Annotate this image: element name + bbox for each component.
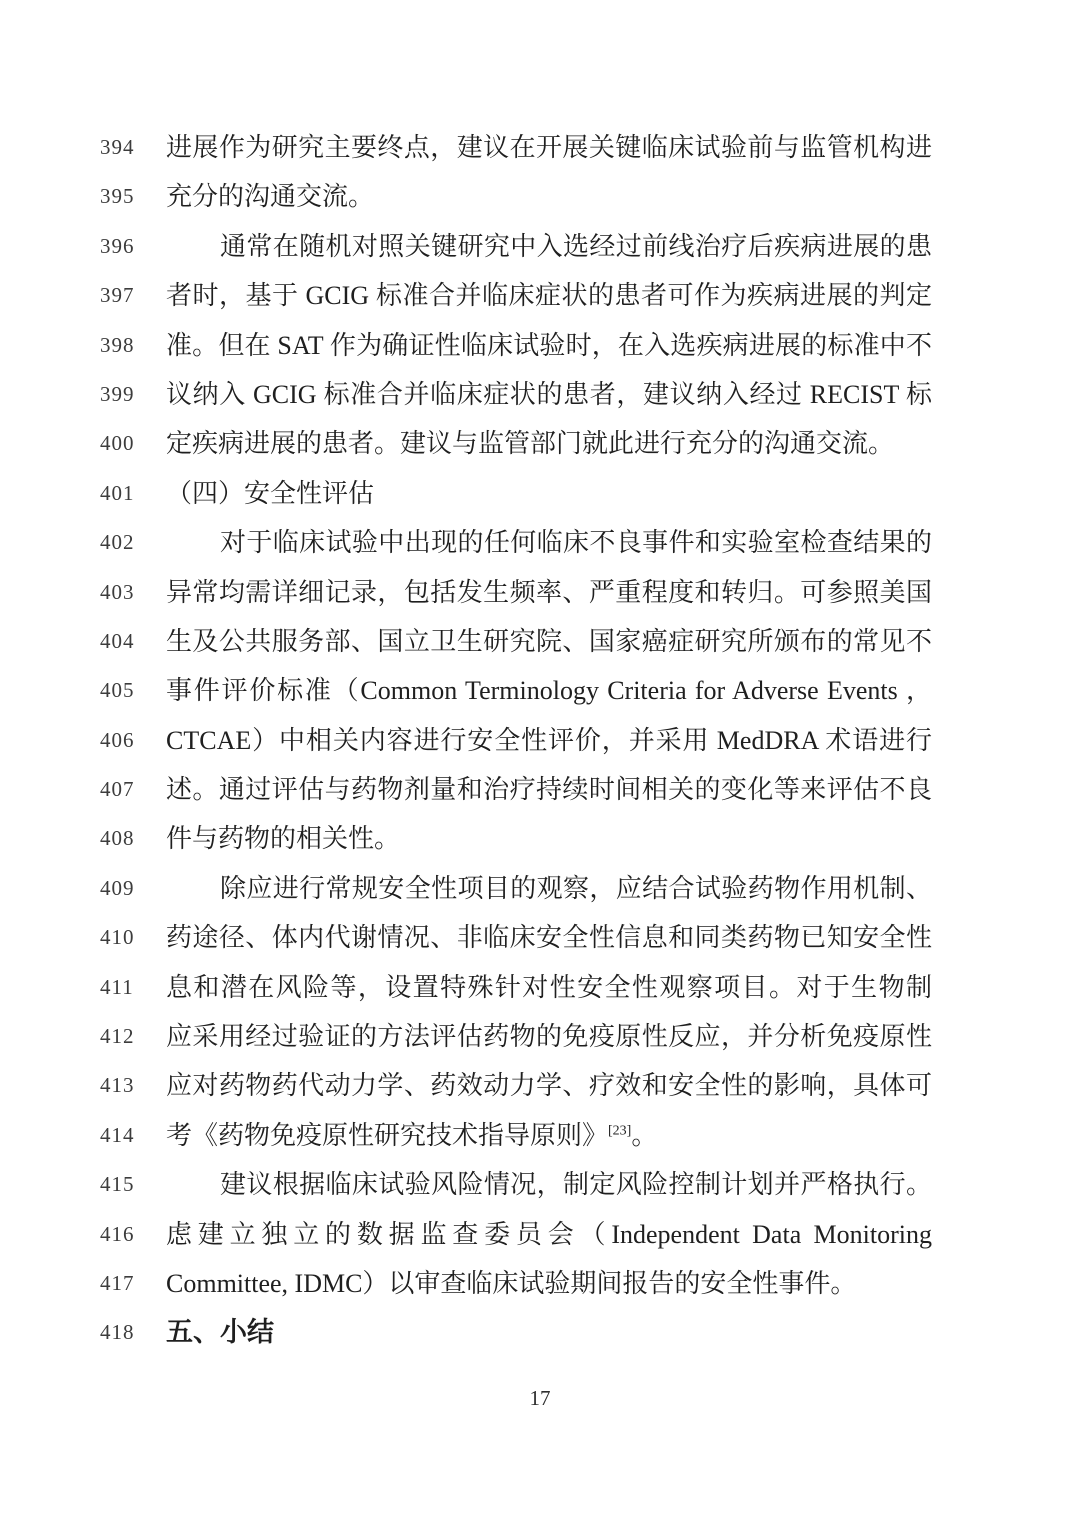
line-text: CTCAE）中相关内容进行安全性评价，并采用 MedDRA 术语进行分类描: [166, 716, 932, 765]
document-line: 412 应采用经过验证的方法评估药物的免疫原性反应，并分析免疫原性反: [100, 1012, 932, 1061]
line-text: 定疾病进展的患者。建议与监管部门就此进行充分的沟通交流。: [166, 419, 932, 468]
line-text: 件与药物的相关性。: [166, 814, 932, 863]
line-number: 397: [100, 271, 166, 320]
line-number: 418: [100, 1308, 166, 1357]
line-number: 395: [100, 172, 166, 221]
line-number: 401: [100, 469, 166, 518]
line-number: 416: [100, 1210, 166, 1259]
text-segment: 。: [631, 1121, 657, 1150]
document-line: 406 CTCAE）中相关内容进行安全性评价，并采用 MedDRA 术语进行分类…: [100, 716, 932, 765]
document-line: 409 除应进行常规安全性项目的观察，应结合试验药物作用机制、给: [100, 864, 932, 913]
line-number: 414: [100, 1111, 166, 1160]
line-number: 405: [100, 666, 166, 715]
line-text: （四）安全性评估: [166, 469, 932, 518]
line-number: 394: [100, 123, 166, 172]
line-text: 虑建立独立的数据监查委员会（Independent Data Monitorin…: [166, 1210, 932, 1259]
line-number: 402: [100, 518, 166, 567]
line-text: 药途径、体内代谢情况、非临床安全性信息和同类药物已知安全性信: [166, 913, 932, 962]
line-text: 对于临床试验中出现的任何临床不良事件和实验室检查结果的: [166, 518, 932, 567]
document-line: 397 者时，基于 GCIG 标准合并临床症状的患者可作为疾病进展的判定标: [100, 271, 932, 320]
document-line: 400 定疾病进展的患者。建议与监管部门就此进行充分的沟通交流。: [100, 419, 932, 468]
line-number: 400: [100, 419, 166, 468]
line-number: 413: [100, 1061, 166, 1110]
line-text: 建议根据临床试验风险情况，制定风险控制计划并严格执行。考: [166, 1160, 932, 1209]
document-lines: 394 进展作为研究主要终点，建议在开展关键临床试验前与监管机构进行 395 充…: [100, 123, 932, 1358]
document-line: 399 议纳入 GCIG 标准合并临床症状的患者，建议纳入经过 RECIST 标…: [100, 370, 932, 419]
line-text: 考《药物免疫原性研究技术指导原则》[23]。: [166, 1111, 932, 1160]
document-line: 410 药途径、体内代谢情况、非临床安全性信息和同类药物已知安全性信: [100, 913, 932, 962]
line-number: 415: [100, 1160, 166, 1209]
reference-superscript: [23]: [608, 1123, 631, 1138]
line-text: 通常在随机对照关键研究中入选经过前线治疗后疾病进展的患: [166, 222, 932, 271]
line-text: 述。通过评估与药物剂量和治疗持续时间相关的变化等来评估不良事: [166, 765, 932, 814]
line-text: 应采用经过验证的方法评估药物的免疫原性反应，并分析免疫原性反: [166, 1012, 932, 1061]
line-number: 403: [100, 568, 166, 617]
document-line: 416 虑建立独立的数据监查委员会（Independent Data Monit…: [100, 1210, 932, 1259]
line-text: 准。但在 SAT 作为确证性临床试验时，在入选疾病进展的标准中不建: [166, 321, 932, 370]
line-text: Committee, IDMC）以审查临床试验期间报告的安全性事件。: [166, 1259, 932, 1308]
line-number: 408: [100, 814, 166, 863]
line-text: 进展作为研究主要终点，建议在开展关键临床试验前与监管机构进行: [166, 123, 932, 172]
line-number: 407: [100, 765, 166, 814]
line-text: 息和潜在风险等，设置特殊针对性安全性观察项目。对于生物制剂，: [166, 963, 932, 1012]
line-number: 396: [100, 222, 166, 271]
document-page: 394 进展作为研究主要终点，建议在开展关键临床试验前与监管机构进行 395 充…: [0, 0, 1080, 1527]
document-line: 413 应对药物药代动力学、药效动力学、疗效和安全性的影响，具体可参: [100, 1061, 932, 1110]
line-text: 充分的沟通交流。: [166, 172, 932, 221]
document-line: 418 五、小结: [100, 1308, 932, 1357]
line-text: 议纳入 GCIG 标准合并临床症状的患者，建议纳入经过 RECIST 标准判: [166, 370, 932, 419]
line-text: 应对药物药代动力学、药效动力学、疗效和安全性的影响，具体可参: [166, 1061, 932, 1110]
line-text: 五、小结: [166, 1308, 932, 1357]
document-line: 401 （四）安全性评估: [100, 469, 932, 518]
line-text: 除应进行常规安全性项目的观察，应结合试验药物作用机制、给: [166, 864, 932, 913]
document-line: 407 述。通过评估与药物剂量和治疗持续时间相关的变化等来评估不良事: [100, 765, 932, 814]
line-number: 399: [100, 370, 166, 419]
document-line: 394 进展作为研究主要终点，建议在开展关键临床试验前与监管机构进行: [100, 123, 932, 172]
text-segment: 考《药物免疫原性研究技术指导原则》: [166, 1121, 608, 1150]
line-text: 事件评价标准（Common Terminology Criteria for A…: [166, 666, 932, 715]
document-line: 411 息和潜在风险等，设置特殊针对性安全性观察项目。对于生物制剂，: [100, 963, 932, 1012]
document-line: 414 考《药物免疫原性研究技术指导原则》[23]。: [100, 1111, 932, 1160]
line-number: 417: [100, 1259, 166, 1308]
line-number: 412: [100, 1012, 166, 1061]
line-number: 411: [100, 963, 166, 1012]
document-line: 402 对于临床试验中出现的任何临床不良事件和实验室检查结果的: [100, 518, 932, 567]
document-line: 408 件与药物的相关性。: [100, 814, 932, 863]
line-number: 404: [100, 617, 166, 666]
line-text: 生及公共服务部、国立卫生研究院、国家癌症研究所颁布的常见不良: [166, 617, 932, 666]
line-text: 者时，基于 GCIG 标准合并临床症状的患者可作为疾病进展的判定标: [166, 271, 932, 320]
document-line: 396 通常在随机对照关键研究中入选经过前线治疗后疾病进展的患: [100, 222, 932, 271]
document-line: 415 建议根据临床试验风险情况，制定风险控制计划并严格执行。考: [100, 1160, 932, 1209]
document-line: 398 准。但在 SAT 作为确证性临床试验时，在入选疾病进展的标准中不建: [100, 321, 932, 370]
line-text: 异常均需详细记录，包括发生频率、严重程度和转归。可参照美国卫: [166, 568, 932, 617]
document-line: 404 生及公共服务部、国立卫生研究院、国家癌症研究所颁布的常见不良: [100, 617, 932, 666]
document-line: 405 事件评价标准（Common Terminology Criteria f…: [100, 666, 932, 715]
document-line: 417 Committee, IDMC）以审查临床试验期间报告的安全性事件。: [100, 1259, 932, 1308]
line-number: 398: [100, 321, 166, 370]
page-number: 17: [0, 1386, 1080, 1411]
line-number: 406: [100, 716, 166, 765]
document-line: 403 异常均需详细记录，包括发生频率、严重程度和转归。可参照美国卫: [100, 568, 932, 617]
line-number: 410: [100, 913, 166, 962]
document-line: 395 充分的沟通交流。: [100, 172, 932, 221]
line-number: 409: [100, 864, 166, 913]
